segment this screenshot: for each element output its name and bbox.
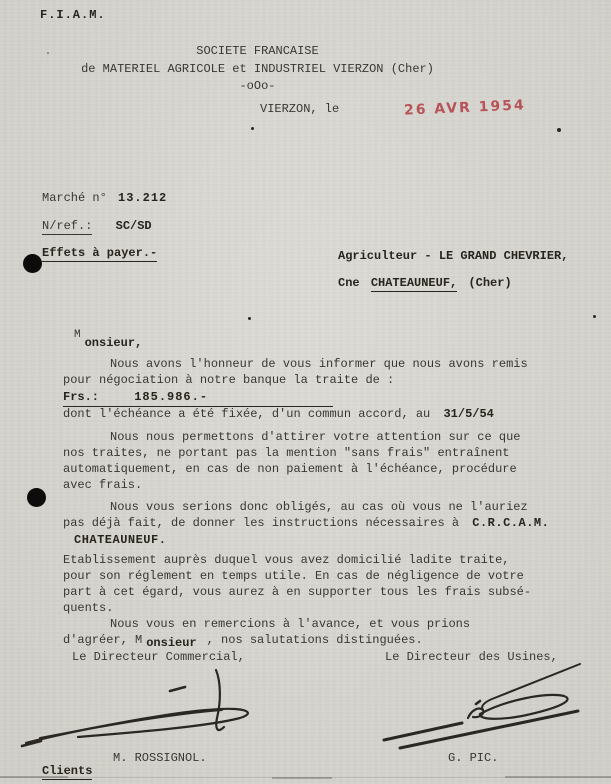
amount-label: Frs.: [63,390,99,404]
bank-name: C.R.C.A.M. [472,516,549,530]
ink-speck [557,128,561,132]
ink-speck [248,317,251,320]
recipient-line2: Cne CHATEAUNEUF, (Cher) [338,276,512,290]
date-stamp: 26 AVR 1954 [404,97,526,118]
hole-punch-bottom [27,488,46,507]
ink-speck [47,52,49,54]
letterhead-block: SOCIETE FRANCAISE de MATERIEL AGRICOLE e… [60,43,455,96]
paragraph2-line1: Nous nous permettons d'attirer votre att… [110,430,520,444]
subject-text: Effets à payer.- [42,246,157,262]
paragraph4-line4: quents. [63,601,113,615]
scan-crease-segment [505,776,611,778]
recipient-line1: Agriculteur - LE GRAND CHEVRIER, [338,249,568,263]
due-date-line: dont l'échéance a été fixée, d'un commun… [63,407,494,421]
paragraph5-line2: d'agréer, Monsieur, nos salutations dist… [63,633,423,647]
scan-crease-segment [272,777,332,779]
paragraph3-line1: Nous vous serions donc obligés, au cas o… [110,500,528,514]
paragraph1-line2: pour négociation à notre banque la trait… [63,373,394,387]
ink-speck [593,315,596,318]
paragraph2-line2: nos traites, ne portant pas la mention "… [63,446,509,460]
left-signatory-title: Le Directeur Commercial, [72,650,245,664]
left-signature [20,664,260,749]
salutation: Monsieur, [74,329,142,347]
salutation-initial: M [74,329,81,341]
paragraph2-line4: avec frais. [63,478,142,492]
right-signature [372,660,587,750]
marche-label: Marché n° [42,191,107,205]
due-date-value: 31/5/54 [443,407,493,421]
closing-post: , nos salutations distinguées. [207,633,423,647]
closing-monsieur: onsieur [146,636,196,650]
paragraph3-line2: pas déjà fait, de donner les instruction… [63,516,549,530]
left-signatory-name: M. ROSSIGNOL. [113,751,207,765]
place-date-line: VIERZON, le [260,102,339,116]
scan-crease-segment [0,776,68,778]
amount-value: 185.986.- [134,390,208,404]
recipient-commune-prefix: Cne [338,276,360,290]
reference-label: N/ref.: [42,219,92,235]
subject-line: Effets à payer.- [42,246,157,260]
company-name-line2: de MATERIEL AGRICOLE et INDUSTRIEL VIERZ… [60,61,455,79]
paragraph5-line1: Nous vous en remercions à l'avance, et v… [110,617,470,631]
due-date-text: dont l'échéance a été fixée, d'un commun… [63,407,430,421]
paragraph4-line1: Etablissement auprès duquel vous avez do… [63,553,509,567]
paragraph4-line2: pour son réglement en temps utile. En ca… [63,569,524,583]
paragraph1-line1: Nous avons l'honneur de vous informer qu… [110,357,528,371]
paragraph4-line3: part à cet égard, vous aurez à en suppor… [63,585,531,599]
amount-line: Frs.: 185.986.- [63,390,333,407]
recipient-commune-name: CHATEAUNEUF, [371,276,457,292]
salutation-rest: onsieur, [85,336,143,350]
ink-speck [251,127,254,130]
right-signatory-name: G. PIC. [448,751,498,765]
marche-number: 13.212 [118,191,167,205]
reference-line: N/ref.: SC/SD [42,219,152,233]
hole-punch-top [23,254,42,273]
bank-place: CHATEAUNEUF. [74,533,166,547]
company-abbreviation: F.I.A.M. [40,8,106,22]
scanned-letter-page: F.I.A.M. SOCIETE FRANCAISE de MATERIEL A… [0,0,611,784]
paragraph2-line3: automatiquement, en cas de non paiement … [63,462,517,476]
paragraph3-line2-text: pas déjà fait, de donner les instruction… [63,516,459,530]
company-name-line1: SOCIETE FRANCAISE [60,43,455,61]
recipient-department: (Cher) [468,276,511,290]
letterhead-separator: -oOo- [60,78,455,96]
reference-value: SC/SD [116,219,152,233]
closing-pre: d'agréer, M [63,633,142,647]
marche-line: Marché n° 13.212 [42,191,167,205]
